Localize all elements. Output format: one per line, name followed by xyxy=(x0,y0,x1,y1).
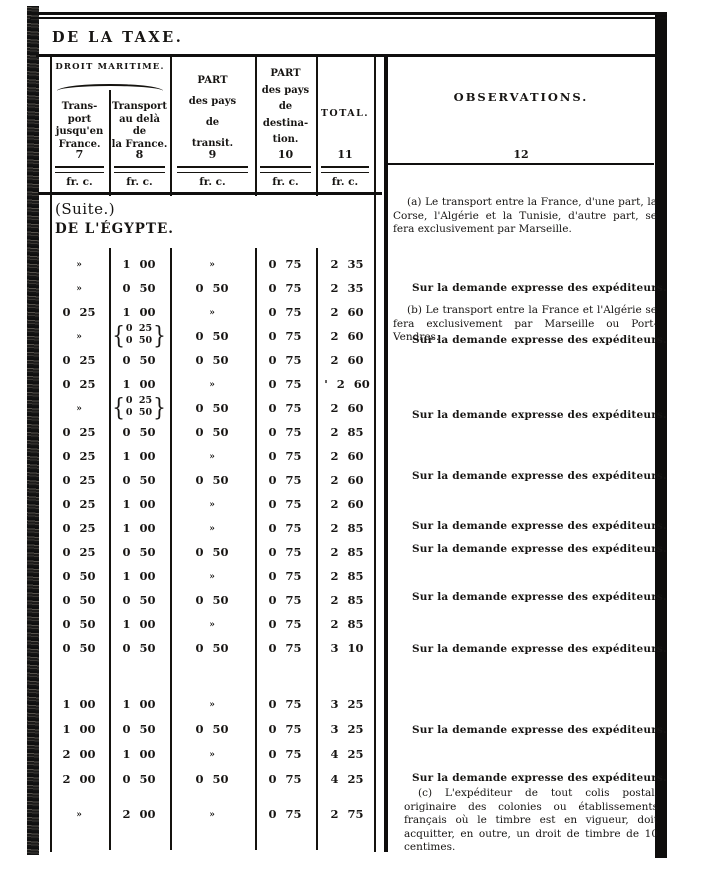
fare-cell: 0 75 xyxy=(268,697,301,711)
left-brace: { xyxy=(112,395,125,419)
left-brace: { xyxy=(112,323,125,347)
fare-cell: 2 00 xyxy=(62,772,95,786)
fare-cell: 2 60 xyxy=(330,473,363,487)
fare-cell: 1 00 xyxy=(122,697,155,711)
column-header-10: PART des pays de destina- tion. 10 fr. c… xyxy=(255,57,316,196)
fare-cell: 0 75 xyxy=(268,617,301,631)
observation-demand-note: Sur la demande expresse des expéditeurs. xyxy=(412,724,667,736)
table-row: 0 251 00»0 752 60 xyxy=(0,493,382,517)
unit-label: fr. c. xyxy=(109,176,170,188)
fare-cell: 0 50 xyxy=(122,545,155,559)
table-row: 2 001 00»0 754 25 xyxy=(0,743,382,767)
table-row: 1 000 500 500 753 25 xyxy=(0,718,382,742)
fare-cell: » xyxy=(209,572,215,582)
table-row: 0 250 500 500 752 85 xyxy=(0,421,382,445)
header-rule xyxy=(321,166,370,173)
fare-cell: 3 10 xyxy=(330,641,363,655)
fare-cell: 2 60 xyxy=(330,449,363,463)
fare-cell: 0 75 xyxy=(268,807,301,821)
fare-cell: 0 25 xyxy=(62,545,95,559)
top-border-rule-inner xyxy=(30,17,667,19)
observation-demand-note: Sur la demande expresse des expéditeurs. xyxy=(412,543,667,555)
table-row: »0 500 500 752 35 xyxy=(0,277,382,301)
table-row: 0 251 00»0 752 60 xyxy=(0,445,382,469)
fare-cell: 2 85 xyxy=(330,617,363,631)
fare-cell: » xyxy=(209,524,215,534)
fare-cell: 1 00 xyxy=(122,377,155,391)
unit-label: fr. c. xyxy=(316,176,374,188)
fare-cell: 0 75 xyxy=(268,353,301,367)
fare-cell: 0 75 xyxy=(268,425,301,439)
fare-cell: 0 75 xyxy=(268,449,301,463)
right-brace: } xyxy=(153,323,166,347)
column-header-11: TOTAL. 11 fr. c. xyxy=(316,57,374,196)
fare-cell: 1 00 xyxy=(122,747,155,761)
fare-cell: 0 25 xyxy=(62,497,95,511)
fare-cell: 0 25 xyxy=(62,521,95,535)
fare-cell: » xyxy=(209,260,215,270)
fare-cell: 0 50 xyxy=(122,353,155,367)
fare-cell: 2 35 xyxy=(330,281,363,295)
fare-cell: 2 85 xyxy=(330,521,363,535)
fare-cell: 0 75 xyxy=(268,473,301,487)
fare-cell: 1 00 xyxy=(122,497,155,511)
observation-demand-note: Sur la demande expresse des expéditeurs. xyxy=(412,591,667,603)
fare-cell: 0 75 xyxy=(268,641,301,655)
fare-cell: 0 75 xyxy=(268,257,301,271)
fare-cell: 4 25 xyxy=(330,772,363,786)
column-number: 11 xyxy=(316,148,374,161)
fare-cell: ' 2 60 xyxy=(324,377,370,391)
observation-note-c: (c) L'expéditeur de tout colis postal, o… xyxy=(404,787,658,855)
fare-cell: 2 60 xyxy=(330,353,363,367)
fare-cell: » xyxy=(209,380,215,390)
table-row: »1 00»0 752 35 xyxy=(0,253,382,277)
section-title-egypte: DE L'ÉGYPTE. xyxy=(55,221,174,237)
observation-demand-note: Sur la demande expresse des expéditeurs. xyxy=(412,643,667,655)
fare-cell: 0 50 xyxy=(122,473,155,487)
fare-cell: » xyxy=(76,284,82,294)
fare-cell: 2 85 xyxy=(330,425,363,439)
table-row: 0 251 00»0 752 60 xyxy=(0,301,382,325)
fare-cell: 2 60 xyxy=(330,305,363,319)
column-number: 10 xyxy=(255,148,316,161)
top-border-rule xyxy=(30,12,667,15)
column-header-8: Transport au delà de la France. 8 fr. c. xyxy=(109,57,170,196)
table-row: »{0 250 50}0 500 752 60 xyxy=(0,325,382,349)
fare-cell: 0 50 xyxy=(122,641,155,655)
header-bottom-rule xyxy=(38,192,382,195)
table-row: 2 000 500 500 754 25 xyxy=(0,768,382,792)
column-header-label: Transport au delà de la France. xyxy=(109,101,170,151)
column-header-9: PART des pays de transit. 9 fr. c. xyxy=(170,57,255,196)
fare-cell: {0 250 50} xyxy=(112,323,166,346)
fare-cell: » xyxy=(209,810,215,820)
fare-cell: 0 75 xyxy=(268,305,301,319)
scanned-document-page: DE LA TAXE. DROIT MARITIME. Trans- port … xyxy=(0,0,720,878)
right-brace: } xyxy=(153,395,166,419)
header-rule xyxy=(114,166,165,173)
column-number: 7 xyxy=(50,148,109,161)
column-header-label: PART des pays de transit. xyxy=(170,70,255,154)
fare-cell: 2 85 xyxy=(330,593,363,607)
fare-cell: 2 85 xyxy=(330,569,363,583)
fare-cell: » xyxy=(209,620,215,630)
fare-cell: » xyxy=(76,404,82,414)
observation-note-a: (a) Le transport entre la France, d'une … xyxy=(393,196,657,237)
fare-cell: 0 25 xyxy=(62,353,95,367)
fare-cell: 0 50 xyxy=(122,425,155,439)
fare-cell: 2 00 xyxy=(122,807,155,821)
fare-cell: » xyxy=(209,452,215,462)
fare-cell: 3 25 xyxy=(330,722,363,736)
fare-cell: 0 50 xyxy=(62,617,95,631)
fare-cell: » xyxy=(76,260,82,270)
fare-cell: 0 50 xyxy=(195,593,228,607)
unit-label: fr. c. xyxy=(255,176,316,188)
fare-cell: 4 25 xyxy=(330,747,363,761)
fare-cell: 0 50 xyxy=(195,473,228,487)
fare-cell: 2 60 xyxy=(330,329,363,343)
table-row: 0 501 00»0 752 85 xyxy=(0,613,382,637)
fare-cell: 1 00 xyxy=(62,697,95,711)
fare-cell: 0 75 xyxy=(268,521,301,535)
fare-cell: 0 25 xyxy=(62,305,95,319)
fare-cell: 0 50 xyxy=(195,722,228,736)
header-rule xyxy=(177,166,248,173)
unit-label: fr. c. xyxy=(170,176,255,188)
fare-cell: 0 75 xyxy=(268,497,301,511)
fare-cell: 0 75 xyxy=(268,722,301,736)
observation-demand-note: Sur la demande expresse des expéditeurs. xyxy=(412,772,667,784)
fare-cell: 2 35 xyxy=(330,257,363,271)
column-header-label: PART des pays de destina- tion. xyxy=(255,66,316,149)
observations-header-rule xyxy=(388,163,654,165)
fare-cell: 0 50 xyxy=(195,641,228,655)
fare-cell: 3 25 xyxy=(330,697,363,711)
fare-cell: 0 50 xyxy=(122,593,155,607)
fare-cell: 0 50 xyxy=(195,772,228,786)
fare-cell: 0 50 xyxy=(195,281,228,295)
table-row: 0 251 00»0 75' 2 60 xyxy=(0,373,382,397)
fare-cell: 1 00 xyxy=(122,569,155,583)
fare-cell: 1 00 xyxy=(122,617,155,631)
observation-demand-note: Sur la demande expresse des expéditeurs. xyxy=(412,334,667,346)
column-number: 9 xyxy=(170,148,255,161)
observation-demand-note: Sur la demande expresse des expéditeurs. xyxy=(412,470,667,482)
page-title: DE LA TAXE. xyxy=(52,29,183,46)
table-row: 0 250 500 500 752 85 xyxy=(0,541,382,565)
fare-cell: 2 00 xyxy=(62,747,95,761)
fare-cell: 0 50 xyxy=(195,425,228,439)
observation-demand-note: Sur la demande expresse des expéditeurs. xyxy=(412,282,667,294)
observations-title: OBSERVATIONS. xyxy=(388,90,654,104)
observation-demand-note: Sur la demande expresse des expéditeurs. xyxy=(412,409,667,421)
fare-cell: 0 75 xyxy=(268,569,301,583)
fare-cell: » xyxy=(209,308,215,318)
fare-cell: » xyxy=(209,750,215,760)
observations-column-number: 12 xyxy=(388,148,654,161)
column-header-label: Trans- port jusqu'en France. xyxy=(50,101,109,151)
fare-cell: 0 50 xyxy=(122,281,155,295)
fare-cell: 0 50 xyxy=(62,641,95,655)
header-rule xyxy=(55,166,105,173)
fare-cell: 0 75 xyxy=(268,329,301,343)
fare-cell: 0 50 xyxy=(62,569,95,583)
fare-cell: 0 25 xyxy=(62,449,95,463)
fare-cell: 1 00 xyxy=(122,305,155,319)
fare-cell: 0 50 xyxy=(122,722,155,736)
observations-header: OBSERVATIONS. 12 xyxy=(388,57,654,196)
fare-cell: » xyxy=(76,810,82,820)
fare-cell: 2 60 xyxy=(330,497,363,511)
fare-cell: 1 00 xyxy=(122,521,155,535)
fare-cell: 0 50 xyxy=(122,772,155,786)
stacked-values: 0 250 50 xyxy=(126,395,152,418)
table-row: 1 001 00»0 753 25 xyxy=(0,693,382,717)
fare-cell: 0 75 xyxy=(268,772,301,786)
table-row: 0 501 00»0 752 85 xyxy=(0,565,382,589)
fare-cell: 0 75 xyxy=(268,377,301,391)
unit-label: fr. c. xyxy=(50,176,109,188)
table-row: 0 251 00»0 752 85 xyxy=(0,517,382,541)
fare-cell: 2 60 xyxy=(330,401,363,415)
fare-cell: » xyxy=(209,700,215,710)
stacked-values: 0 250 50 xyxy=(126,323,152,346)
fare-cell: » xyxy=(76,332,82,342)
fare-cell: 1 00 xyxy=(62,722,95,736)
fare-cell: 0 50 xyxy=(195,353,228,367)
fare-cell: 1 00 xyxy=(122,257,155,271)
column-header-label: TOTAL. xyxy=(316,108,374,121)
column-number: 8 xyxy=(109,148,170,161)
fare-cell: 2 75 xyxy=(330,807,363,821)
observation-demand-note: Sur la demande expresse des expéditeurs. xyxy=(412,520,667,532)
fare-cell: 0 50 xyxy=(195,329,228,343)
fare-cell: 0 75 xyxy=(268,281,301,295)
fare-cell: 0 25 xyxy=(62,473,95,487)
table-row: 0 250 500 500 752 60 xyxy=(0,469,382,493)
fare-cell: {0 250 50} xyxy=(112,395,166,418)
fare-cell: 0 50 xyxy=(195,401,228,415)
section-suite-label: (Suite.) xyxy=(55,200,115,218)
fare-cell: 1 00 xyxy=(122,449,155,463)
fare-cell: 0 50 xyxy=(62,593,95,607)
fare-cell: » xyxy=(209,500,215,510)
fare-cell: 0 25 xyxy=(62,377,95,391)
fare-cell: 0 75 xyxy=(268,593,301,607)
fare-cell: 0 75 xyxy=(268,401,301,415)
table-row: 0 250 500 500 752 60 xyxy=(0,349,382,373)
header-rule xyxy=(260,166,311,173)
fare-cell: 0 50 xyxy=(195,545,228,559)
fare-cell: 0 75 xyxy=(268,747,301,761)
table-row: »2 00»0 752 75 xyxy=(0,803,382,827)
table-row: 0 500 500 500 753 10 xyxy=(0,637,382,661)
fare-cell: 0 75 xyxy=(268,545,301,559)
fare-cell: 0 25 xyxy=(62,425,95,439)
table-row: 0 500 500 500 752 85 xyxy=(0,589,382,613)
table-row: »{0 250 50}0 500 752 60 xyxy=(0,397,382,421)
column-header-7: Trans- port jusqu'en France. 7 fr. c. xyxy=(50,57,109,196)
fare-cell: 2 85 xyxy=(330,545,363,559)
